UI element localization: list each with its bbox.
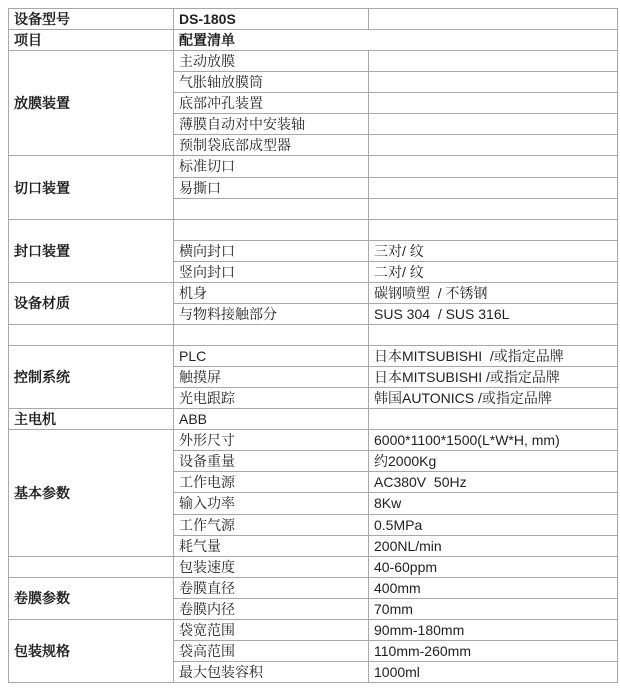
empty-cell bbox=[9, 556, 174, 577]
section-label-main-motor: 主电机 bbox=[9, 409, 174, 430]
table-row: 主电机 ABB bbox=[9, 409, 618, 430]
item-cell bbox=[174, 324, 369, 345]
section-label-roll-film: 卷膜参数 bbox=[9, 577, 174, 619]
table-row: 卷膜参数 卷膜直径 400mm bbox=[9, 577, 618, 598]
value-cell: 1000ml bbox=[369, 661, 618, 682]
table-row: 包装规格 袋宽范围 90mm-180mm bbox=[9, 619, 618, 640]
empty-cell bbox=[369, 9, 618, 30]
item-cell: 耗气量 bbox=[174, 535, 369, 556]
item-cell: 设备重量 bbox=[174, 451, 369, 472]
model-value: DS-180S bbox=[174, 9, 369, 30]
value-cell: 韩国AUTONICS /或指定品牌 bbox=[369, 388, 618, 409]
item-column-label: 项目 bbox=[9, 30, 174, 51]
item-cell: 卷膜内径 bbox=[174, 598, 369, 619]
value-cell: 日本MITSUBISHI /或指定品牌 bbox=[369, 346, 618, 367]
item-cell: 预制袋底部成型器 bbox=[174, 135, 369, 156]
value-cell: 90mm-180mm bbox=[369, 619, 618, 640]
section-label-film-release: 放膜装置 bbox=[9, 51, 174, 156]
item-cell: 外形尺寸 bbox=[174, 430, 369, 451]
item-cell: 底部冲孔装置 bbox=[174, 93, 369, 114]
value-cell: 110mm-260mm bbox=[369, 640, 618, 661]
value-cell bbox=[369, 51, 618, 72]
item-cell: PLC bbox=[174, 346, 369, 367]
section-label-seal: 封口装置 bbox=[9, 219, 174, 282]
table-row: 包装速度 40-60ppm bbox=[9, 556, 618, 577]
item-cell: 竖向封口 bbox=[174, 261, 369, 282]
table-row: 切口装置 标准切口 bbox=[9, 156, 618, 177]
spec-sheet-page: 设备型号 DS-180S 项目 配置清单 放膜装置 主动放膜 气胀轴放膜筒 底部… bbox=[0, 0, 620, 699]
section-label-cut: 切口装置 bbox=[9, 156, 174, 219]
item-cell: 袋高范围 bbox=[174, 640, 369, 661]
spec-table: 设备型号 DS-180S 项目 配置清单 放膜装置 主动放膜 气胀轴放膜筒 底部… bbox=[8, 8, 618, 683]
value-cell bbox=[369, 324, 618, 345]
value-cell: 0.5MPa bbox=[369, 514, 618, 535]
section-label-material: 设备材质 bbox=[9, 282, 174, 324]
item-cell: 主动放膜 bbox=[174, 51, 369, 72]
item-cell: 易撕口 bbox=[174, 177, 369, 198]
item-cell: 工作电源 bbox=[174, 472, 369, 493]
value-cell bbox=[369, 409, 618, 430]
value-cell: 70mm bbox=[369, 598, 618, 619]
item-cell: 包装速度 bbox=[174, 556, 369, 577]
value-cell: SUS 304 / SUS 316L bbox=[369, 303, 618, 324]
item-cell bbox=[174, 219, 369, 240]
table-row: 设备材质 机身 碳钢喷塑 / 不锈钢 bbox=[9, 282, 618, 303]
table-row: 封口装置 bbox=[9, 219, 618, 240]
item-cell: 气胀轴放膜筒 bbox=[174, 72, 369, 93]
table-row: 设备型号 DS-180S bbox=[9, 9, 618, 30]
model-label: 设备型号 bbox=[9, 9, 174, 30]
value-cell bbox=[369, 198, 618, 219]
value-cell bbox=[369, 135, 618, 156]
value-cell bbox=[369, 93, 618, 114]
item-cell: 触摸屏 bbox=[174, 367, 369, 388]
value-cell bbox=[369, 72, 618, 93]
value-cell: 三对/ 纹 bbox=[369, 240, 618, 261]
value-cell: 40-60ppm bbox=[369, 556, 618, 577]
table-row: 控制系统 PLC 日本MITSUBISHI /或指定品牌 bbox=[9, 346, 618, 367]
value-cell: AC380V 50Hz bbox=[369, 472, 618, 493]
item-cell bbox=[174, 198, 369, 219]
value-cell: 日本MITSUBISHI /或指定品牌 bbox=[369, 367, 618, 388]
item-cell: 机身 bbox=[174, 282, 369, 303]
value-cell bbox=[369, 219, 618, 240]
item-cell: 最大包装容积 bbox=[174, 661, 369, 682]
empty-cell bbox=[9, 324, 174, 345]
item-cell: 输入功率 bbox=[174, 493, 369, 514]
value-cell: 6000*1100*1500(L*W*H, mm) bbox=[369, 430, 618, 451]
table-row: 基本参数 外形尺寸 6000*1100*1500(L*W*H, mm) bbox=[9, 430, 618, 451]
value-cell: 约2000Kg bbox=[369, 451, 618, 472]
value-cell bbox=[369, 156, 618, 177]
table-row: 项目 配置清单 bbox=[9, 30, 618, 51]
value-cell: 200NL/min bbox=[369, 535, 618, 556]
item-cell: 横向封口 bbox=[174, 240, 369, 261]
value-cell: 二对/ 纹 bbox=[369, 261, 618, 282]
item-cell: 与物料接触部分 bbox=[174, 303, 369, 324]
item-cell: 薄膜自动对中安装轴 bbox=[174, 114, 369, 135]
section-label-control: 控制系统 bbox=[9, 346, 174, 409]
config-list-title: 配置清单 bbox=[174, 30, 618, 51]
table-row bbox=[9, 324, 618, 345]
value-cell: 8Kw bbox=[369, 493, 618, 514]
item-cell: 标准切口 bbox=[174, 156, 369, 177]
item-cell: 光电跟踪 bbox=[174, 388, 369, 409]
item-cell: 工作气源 bbox=[174, 514, 369, 535]
item-cell: ABB bbox=[174, 409, 369, 430]
value-cell: 碳钢喷塑 / 不锈钢 bbox=[369, 282, 618, 303]
value-cell bbox=[369, 177, 618, 198]
value-cell: 400mm bbox=[369, 577, 618, 598]
table-row: 放膜装置 主动放膜 bbox=[9, 51, 618, 72]
section-label-basic-params: 基本参数 bbox=[9, 430, 174, 556]
value-cell bbox=[369, 114, 618, 135]
item-cell: 袋宽范围 bbox=[174, 619, 369, 640]
item-cell: 卷膜直径 bbox=[174, 577, 369, 598]
section-label-pack-spec: 包装规格 bbox=[9, 619, 174, 682]
